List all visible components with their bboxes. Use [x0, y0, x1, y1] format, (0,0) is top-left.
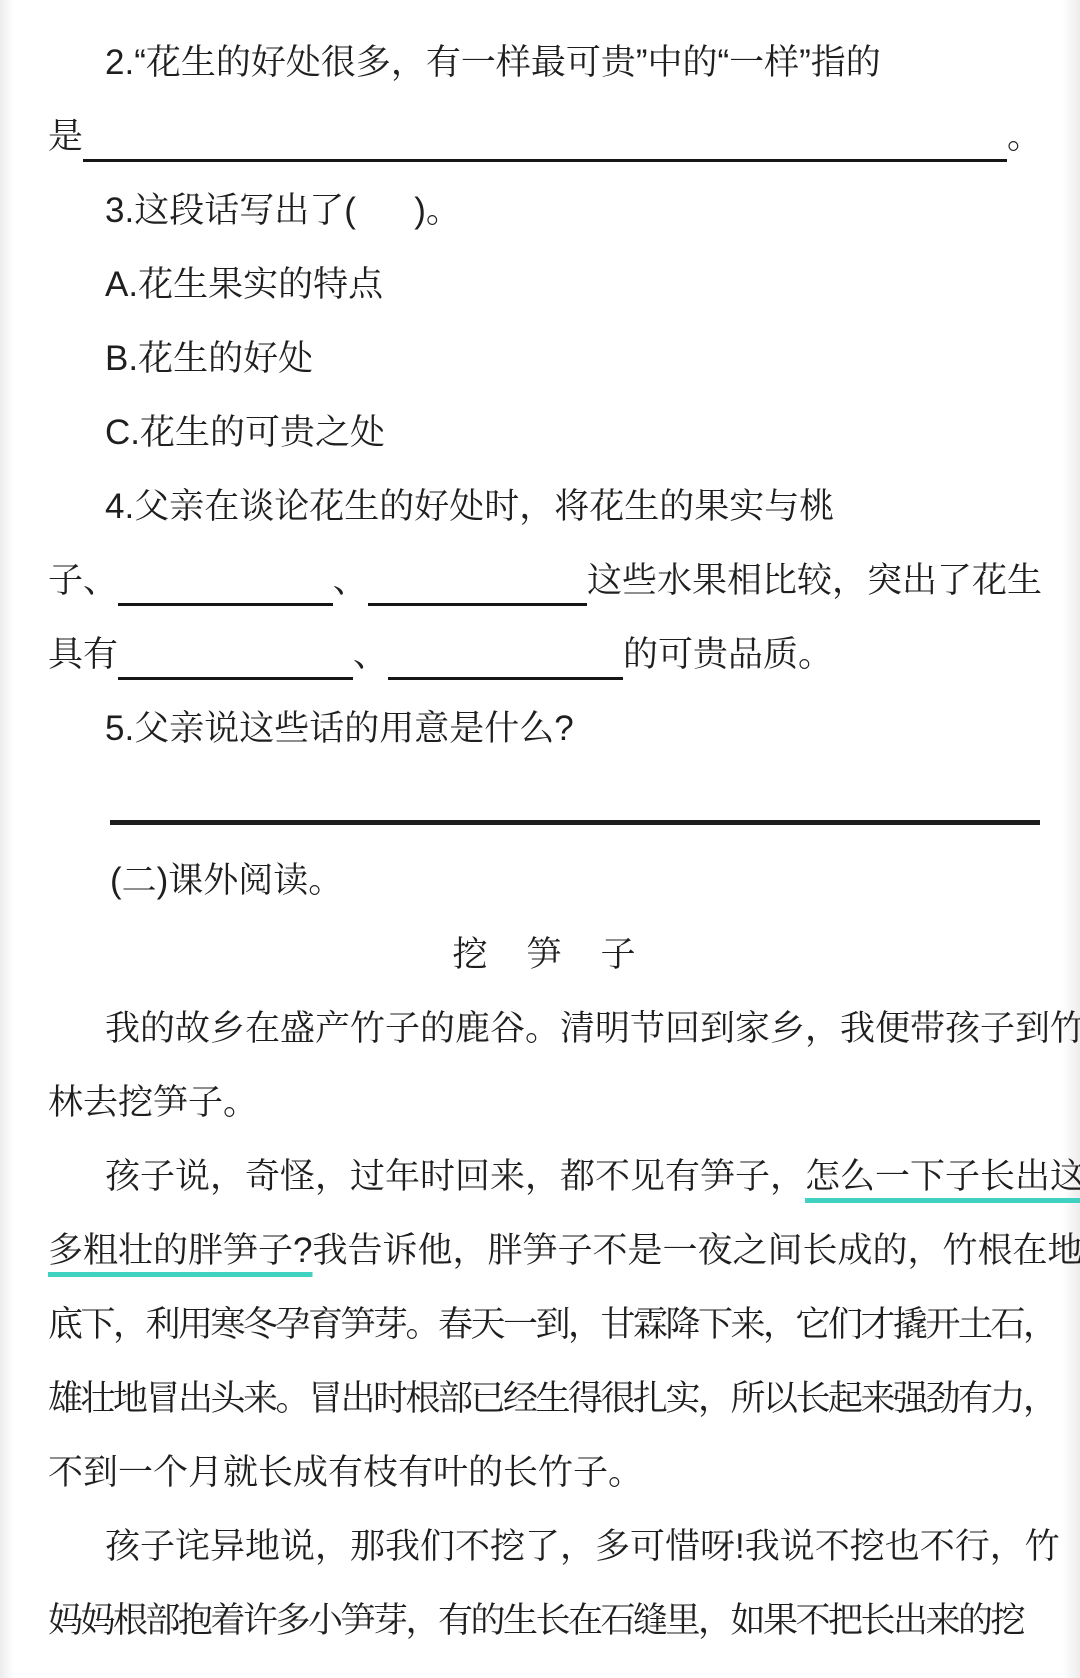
- highlighted-phrase-part-1: 怎么一下子长出这: [805, 1149, 1080, 1199]
- passage-title: 挖 笋 子: [452, 927, 637, 977]
- question-4-line-3-suffix: 的可贵品质。: [623, 627, 833, 677]
- question-3-text: 3.这段话写出了( )。: [105, 183, 461, 233]
- paragraph-1-line-1: 我的故乡在盛产竹子的鹿谷。清明节回到家乡，我便带孩子到竹: [48, 989, 1042, 1063]
- paragraph-1-line-1-text: 我的故乡在盛产竹子的鹿谷。清明节回到家乡，我便带孩子到竹: [105, 1001, 1080, 1051]
- question-5-text: 5.父亲说这些话的用意是什么?: [105, 701, 574, 751]
- question-4-line-2: 子、 、 这些水果相比较，突出了花生: [48, 541, 1042, 615]
- paragraph-2-line-2: 多粗壮的胖笋子?我告诉他，胖笋子不是一夜之间长成的，竹根在地: [48, 1211, 1042, 1285]
- answer-blank-q4-3[interactable]: [118, 631, 353, 680]
- question-4-line-1: 4.父亲在谈论花生的好处时，将花生的果实与桃: [48, 467, 1042, 541]
- question-4-line-3: 具有 、 的可贵品质。: [48, 615, 1042, 689]
- section-divider: [110, 820, 1040, 825]
- paragraph-3-line-2-text: 妈妈根部抱着许多小笋芽，有的生长在石缝里，如果不把长出来的挖: [48, 1593, 1023, 1643]
- paragraph-2-line-2-text: 我告诉他，胖笋子不是一夜之间长成的，竹根在地: [312, 1223, 1080, 1273]
- answer-blank-q4-4[interactable]: [388, 631, 623, 680]
- section-2-heading: (二)课外阅读。: [110, 853, 343, 903]
- question-2-text: 2.“花生的好处很多，有一样最可贵”中的“一样”指的: [105, 35, 881, 85]
- question-2-line-2: 是 。: [48, 97, 1042, 171]
- highlighted-phrase-part-2: 多粗壮的胖笋子?: [48, 1223, 312, 1273]
- paragraph-1-line-2-text: 林去挖笋子。: [48, 1075, 258, 1125]
- passage-title-line: 挖 笋 子: [48, 915, 1042, 989]
- paragraph-2-line-5: 不到一个月就长成有枝有叶的长竹子。: [48, 1433, 1042, 1507]
- answer-blank-q2[interactable]: [83, 113, 1007, 162]
- paragraph-1-line-2: 林去挖笋子。: [48, 1063, 1042, 1137]
- question-3-line: 3.这段话写出了( )。: [48, 171, 1042, 245]
- option-c[interactable]: C.花生的可贵之处: [48, 393, 1042, 467]
- paragraph-2-line-3-text: 底下，利用寒冬孕育笋芽。春天一到，甘霖降下来，它们才撬开土石，: [48, 1297, 1056, 1347]
- option-a-label: A.花生果实的特点: [105, 257, 383, 307]
- paragraph-2-line-1-text: 孩子说，奇怪，过年时回来，都不见有笋子，: [105, 1149, 805, 1199]
- paragraph-2-line-5-text: 不到一个月就长成有枝有叶的长竹子。: [48, 1445, 643, 1495]
- answer-blank-q4-1[interactable]: [118, 557, 333, 606]
- question-4-line-2-separator: 、: [333, 553, 368, 603]
- paragraph-2-line-4: 雄壮地冒出头来。冒出时根部已经生得很扎实，所以长起来强劲有力，: [48, 1359, 1042, 1433]
- paragraph-2-line-4-text: 雄壮地冒出头来。冒出时根部已经生得很扎实，所以长起来强劲有力，: [48, 1371, 1056, 1421]
- paragraph-2-line-3: 底下，利用寒冬孕育笋芽。春天一到，甘霖降下来，它们才撬开土石，: [48, 1285, 1042, 1359]
- section-2-heading-line: (二)课外阅读。: [48, 841, 1042, 915]
- option-b-label: B.花生的好处: [105, 331, 313, 381]
- question-4-line-3-separator: 、: [353, 627, 388, 677]
- option-b[interactable]: B.花生的好处: [48, 319, 1042, 393]
- question-2-period: 。: [1007, 109, 1042, 159]
- paragraph-2-line-1: 孩子说，奇怪，过年时回来，都不见有笋子，怎么一下子长出这: [48, 1137, 1042, 1211]
- question-2-prefix: 是: [48, 109, 83, 159]
- paragraph-3-line-2: 妈妈根部抱着许多小笋芽，有的生长在石缝里，如果不把长出来的挖: [48, 1581, 1042, 1655]
- question-2-line-1: 2.“花生的好处很多，有一样最可贵”中的“一样”指的: [48, 23, 1042, 97]
- question-4-text: 4.父亲在谈论花生的好处时，将花生的果实与桃: [105, 479, 834, 529]
- worksheet-page: 2.“花生的好处很多，有一样最可贵”中的“一样”指的 是 。 3.这段话写出了(…: [0, 0, 1080, 1678]
- option-c-label: C.花生的可贵之处: [105, 405, 385, 455]
- option-a[interactable]: A.花生果实的特点: [48, 245, 1042, 319]
- question-5-line: 5.父亲说这些话的用意是什么?: [48, 689, 1042, 763]
- answer-blank-q4-2[interactable]: [368, 557, 587, 606]
- question-4-line-3-prefix: 具有: [48, 627, 118, 677]
- paragraph-3-line-1-text: 孩子诧异地说，那我们不挖了，多可惜呀!我说不挖也不行，竹: [105, 1519, 1060, 1569]
- paragraph-3-line-1: 孩子诧异地说，那我们不挖了，多可惜呀!我说不挖也不行，竹: [48, 1507, 1042, 1581]
- question-4-line-2-prefix: 子、: [48, 553, 118, 603]
- question-4-line-2-suffix: 这些水果相比较，突出了花生: [587, 553, 1042, 603]
